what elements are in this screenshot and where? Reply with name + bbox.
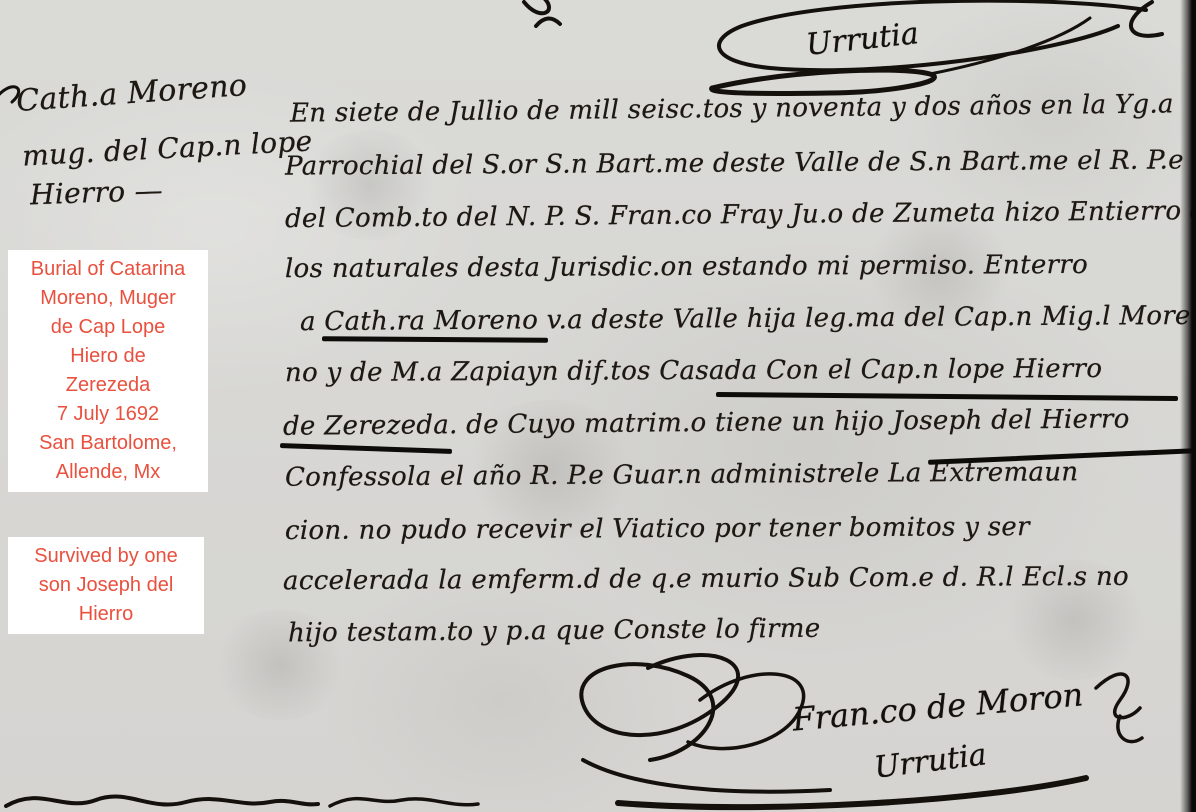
underline-catharina-moreno	[322, 336, 548, 343]
record-line-5: a Cath.ra Moreno v.a deste Valle hija le…	[300, 301, 1191, 337]
margin-note-line-1: Cath.a Moreno	[15, 68, 248, 119]
underline-casada-con-lope-hierro	[716, 392, 1178, 401]
stray-ink-mark	[524, 0, 560, 26]
record-line-9: cion. no pudo recevir el Viatico por ten…	[285, 512, 1030, 546]
annotation-box-burial: Burial of Catarina Moreno, Muger de Cap …	[8, 250, 208, 492]
record-line-11: hijo testam.to y p.a que Conste lo firme	[288, 614, 821, 649]
margin-note-line-2: mug. del Cap.n lope	[21, 124, 313, 172]
annotation-line: Burial of Catarina	[10, 255, 206, 284]
record-line-7: de Zerezeda. de Cuyo matrim.o tiene un h…	[283, 404, 1130, 441]
signature-bottom-rubric-squiggle	[1096, 674, 1142, 742]
record-line-4: los naturales desta Jurisdic.on estando …	[285, 250, 1088, 284]
annotation-line: Hierro	[10, 600, 202, 629]
margin-note-line-3: Hierro —	[29, 174, 163, 212]
scan-edge	[1180, 0, 1196, 812]
annotation-line: Moreno, Muger	[10, 284, 206, 313]
signature-top-flourish	[1131, 2, 1162, 36]
annotation-line: Survived by one	[10, 542, 202, 571]
signature-bottom-flourish	[618, 778, 1086, 807]
underline-de-zerezeda	[280, 443, 452, 454]
annotation-line: Allende, Mx	[10, 458, 206, 487]
next-entry-strokes	[6, 797, 318, 806]
signature-top-flourish	[712, 70, 935, 93]
annotation-line: de Cap Lope	[10, 313, 206, 342]
record-line-10: accelerada la emferm.d de q.e murio Sub …	[283, 562, 1129, 596]
record-line-6: no y de M.a Zapiayn dif.tos Casada Con e…	[285, 354, 1102, 388]
record-line-3: del Comb.to del N. P. S. Fran.co Fray Ju…	[285, 196, 1196, 234]
annotation-box-survivors: Survived by one son Joseph del Hierro	[8, 537, 204, 634]
annotation-line: son Joseph del	[10, 571, 202, 600]
annotation-line: 7 July 1692	[10, 400, 206, 429]
next-entry-strokes	[330, 799, 478, 806]
signature-name-fran-de-moron: Fran.co de Moron	[791, 675, 1085, 738]
manuscript-page: Cath.a Moreno mug. del Cap.n lope Hierro…	[0, 0, 1196, 812]
signature-top-flourish	[719, 1, 1146, 71]
signature-bottom-rubric-text: Urrutia	[872, 737, 988, 785]
signature-bottom-flourish	[688, 674, 804, 749]
annotation-line: Zerezeda	[10, 371, 206, 400]
annotation-line: Hiero de	[10, 342, 206, 371]
record-line-1: En siete de Jullio de mill seisc.tos y n…	[290, 89, 1174, 128]
signature-top-flourish	[930, 18, 1090, 74]
annotation-line: San Bartolome,	[10, 429, 206, 458]
signature-bottom-flourish	[581, 655, 738, 760]
signature-bottom-flourish	[583, 760, 830, 792]
signature-top-rubric-text: Urrutia	[804, 16, 920, 63]
record-line-2: Parrochial del S.or S.n Bart.me deste Va…	[285, 144, 1196, 181]
